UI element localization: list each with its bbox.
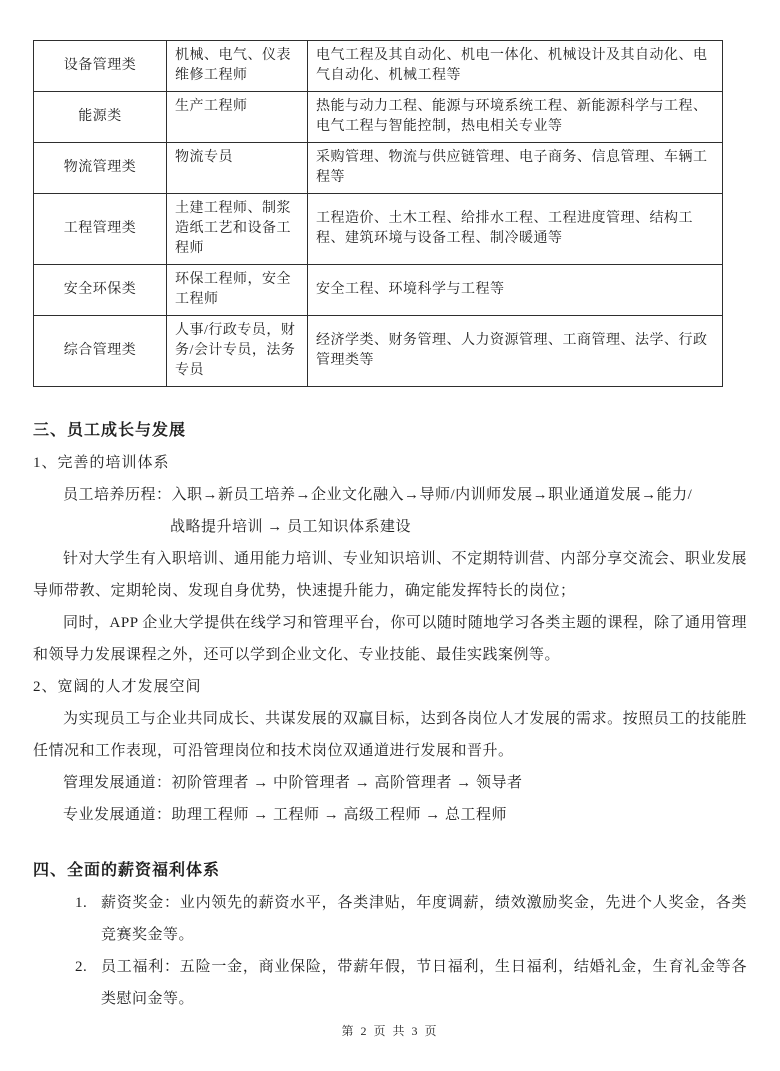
category-cell: 安全环保类 <box>34 265 167 316</box>
category-cell: 工程管理类 <box>34 194 167 265</box>
positions-cell: 环保工程师，安全工程师 <box>167 265 308 316</box>
positions-cell: 生产工程师 <box>167 92 308 143</box>
table-row-logistics-management: 物流管理类 物流专员 采购管理、物流与供应链管理、电子商务、信息管理、车辆工程等 <box>34 143 723 194</box>
majors-cell: 安全工程、环境科学与工程等 <box>308 265 723 316</box>
section-employee-growth: 三、员工成长与发展 1、完善的培训体系 员工培养历程：入职→新员工培养→企业文化… <box>33 415 747 831</box>
table-row-general-management: 综合管理类 人事/行政专员，财务/会计专员，法务专员 经济学类、财务管理、人力资… <box>34 316 723 387</box>
benefit-item-text: 薪资奖金：业内领先的薪资水平，各类津贴，年度调薪，绩效激励奖金，先进个人奖金，各… <box>101 895 747 943</box>
positions-cell: 机械、电气、仪表维修工程师 <box>167 41 308 92</box>
document-page: 设备管理类 机械、电气、仪表维修工程师 电气工程及其自动化、机电一体化、机械设计… <box>0 0 780 1071</box>
benefit-item-salary: 1. 薪资奖金：业内领先的薪资水平，各类津贴，年度调薪，绩效激励奖金，先进个人奖… <box>33 887 747 951</box>
training-paragraph: 针对大学生有入职培训、通用能力培训、专业知识培训、不定期特训营、内部分享交流会、… <box>33 543 747 607</box>
category-cell: 设备管理类 <box>34 41 167 92</box>
section-three-heading: 三、员工成长与发展 <box>33 415 747 447</box>
positions-cell: 人事/行政专员，财务/会计专员，法务专员 <box>167 316 308 387</box>
development-paragraph: 为实现员工与企业共同成长、共谋发展的双赢目标，达到各岗位人才发展的需求。按照员工… <box>33 703 747 767</box>
majors-cell: 工程造价、土木工程、给排水工程、工程进度管理、结构工程、建筑环境与设备工程、制冷… <box>308 194 723 265</box>
subsection-development-heading: 2、宽阔的人才发展空间 <box>33 671 747 703</box>
section-salary-benefits: 四、全面的薪资福利体系 1. 薪资奖金：业内领先的薪资水平，各类津贴，年度调薪，… <box>33 855 747 1015</box>
table-row-equipment-management: 设备管理类 机械、电气、仪表维修工程师 电气工程及其自动化、机电一体化、机械设计… <box>34 41 723 92</box>
subsection-training-heading: 1、完善的培训体系 <box>33 447 747 479</box>
majors-cell: 采购管理、物流与供应链管理、电子商务、信息管理、车辆工程等 <box>308 143 723 194</box>
professional-path-line: 专业发展通道：助理工程师 → 工程师 → 高级工程师 → 总工程师 <box>33 799 747 831</box>
benefit-item-number: 2. <box>75 951 87 983</box>
management-path-line: 管理发展通道：初阶管理者 → 中阶管理者 → 高阶管理者 → 领导者 <box>33 767 747 799</box>
category-cell: 物流管理类 <box>34 143 167 194</box>
majors-cell: 经济学类、财务管理、人力资源管理、工商管理、法学、行政管理类等 <box>308 316 723 387</box>
positions-cell: 物流专员 <box>167 143 308 194</box>
positions-cell: 土建工程师、制浆造纸工艺和设备工程师 <box>167 194 308 265</box>
majors-cell: 热能与动力工程、能源与环境系统工程、新能源科学与工程、电气工程与智能控制，热电相… <box>308 92 723 143</box>
category-cell: 能源类 <box>34 92 167 143</box>
table-row-safety-environment: 安全环保类 环保工程师，安全工程师 安全工程、环境科学与工程等 <box>34 265 723 316</box>
table-row-energy: 能源类 生产工程师 热能与动力工程、能源与环境系统工程、新能源科学与工程、电气工… <box>34 92 723 143</box>
table-row-engineering-management: 工程管理类 土建工程师、制浆造纸工艺和设备工程师 工程造价、土木工程、给排水工程… <box>34 194 723 265</box>
section-four-heading: 四、全面的薪资福利体系 <box>33 855 747 887</box>
benefit-item-text: 员工福利：五险一金，商业保险，带薪年假，节日福利，生日福利，结婚礼金，生育礼金等… <box>101 959 747 1007</box>
page-number-footer: 第 2 页 共 3 页 <box>0 1022 780 1039</box>
category-cell: 综合管理类 <box>34 316 167 387</box>
benefit-item-number: 1. <box>75 887 87 919</box>
job-categories-table: 设备管理类 机械、电气、仪表维修工程师 电气工程及其自动化、机电一体化、机械设计… <box>33 40 723 387</box>
platform-paragraph: 同时，APP 企业大学提供在线学习和管理平台，你可以随时随地学习各类主题的课程，… <box>33 607 747 671</box>
training-path-line1: 员工培养历程：入职→新员工培养→企业文化融入→导师/内训师发展→职业通道发展→能… <box>33 479 747 511</box>
majors-cell: 电气工程及其自动化、机电一体化、机械设计及其自动化、电气自动化、机械工程等 <box>308 41 723 92</box>
training-path-line2: 战略提升培训 → 员工知识体系建设 <box>33 511 747 543</box>
benefit-item-welfare: 2. 员工福利：五险一金，商业保险，带薪年假，节日福利，生日福利，结婚礼金，生育… <box>33 951 747 1015</box>
